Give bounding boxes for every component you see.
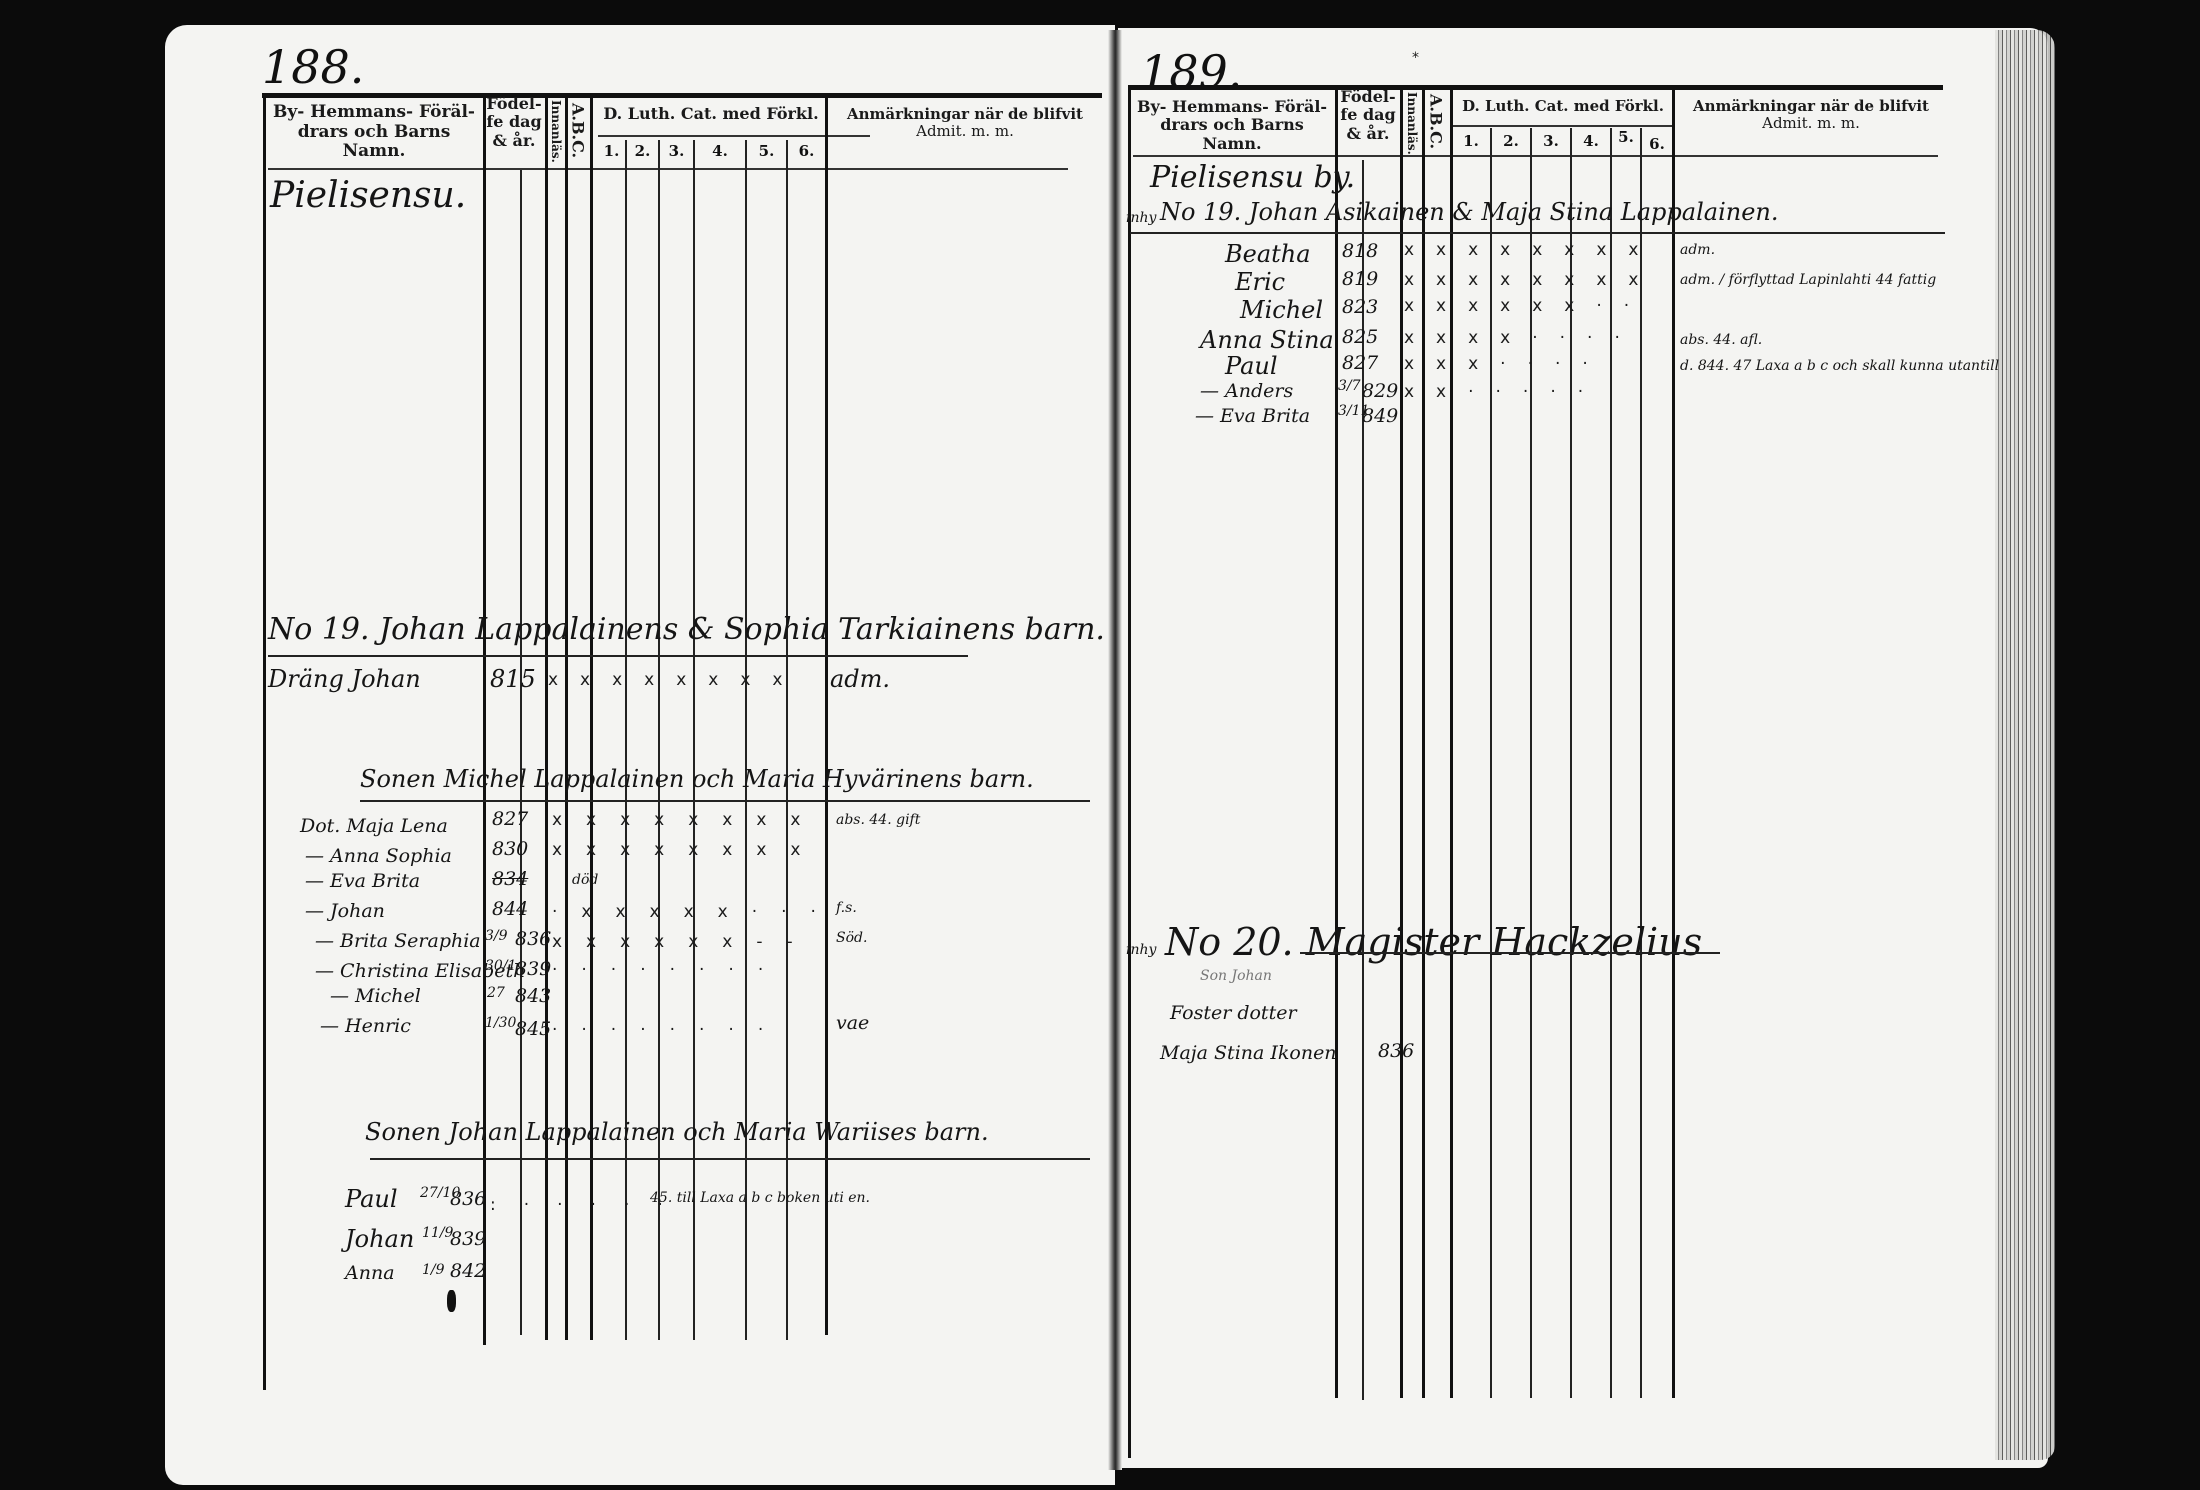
left-row-name: Dot. Maja Lena bbox=[300, 815, 448, 837]
left-row-birth: 834 bbox=[492, 868, 528, 890]
left-row-marks: ········ bbox=[552, 1020, 787, 1040]
left-section-heading-michel: Sonen Michel Lappalainen och Maria Hyvär… bbox=[360, 765, 1034, 793]
left-col-divider-cat4 bbox=[745, 140, 747, 1340]
right-row-name: Michel bbox=[1240, 296, 1323, 324]
left-header-bottom-rule bbox=[268, 168, 1068, 170]
left-section-underline bbox=[268, 655, 968, 657]
left-cat-3: 3. bbox=[660, 142, 693, 160]
left-row-birth: 836 bbox=[515, 928, 551, 950]
left-row-birthday: 27 bbox=[487, 985, 505, 1001]
left-row-birthday: 1/30 bbox=[485, 1015, 516, 1031]
left-row-name: — Brita Seraphia bbox=[315, 930, 481, 952]
left-row-birth: 842 bbox=[450, 1260, 486, 1282]
right-col-divider-birth bbox=[1400, 88, 1403, 1398]
right-row-name: Son Johan bbox=[1200, 968, 1272, 984]
right-col-divider-cat2 bbox=[1530, 128, 1532, 1398]
right-col-divider-cat4 bbox=[1610, 128, 1612, 1398]
right-cat-3: 3. bbox=[1532, 132, 1570, 150]
left-frame-line bbox=[263, 95, 266, 1390]
right-cat-2: 2. bbox=[1492, 132, 1530, 150]
header-name-line1: By- Hemmans- Föräl- bbox=[1132, 98, 1332, 116]
left-row-marks: xxxxxxxx bbox=[552, 810, 824, 830]
right-row-marks: xxxxxxxx bbox=[1404, 270, 1660, 290]
left-row-marks: xxxxxxxx bbox=[552, 840, 824, 860]
right-row-name: Anna Stina bbox=[1200, 326, 1334, 354]
left-row-name: — Johan bbox=[305, 900, 385, 922]
left-row-birth: 839 bbox=[515, 958, 551, 980]
left-row-birth: 830 bbox=[492, 838, 528, 860]
right-row-remark: d. 844. 47 Laxa a b c och skall kunna ut… bbox=[1680, 358, 1999, 374]
right-side-note: inhy bbox=[1126, 942, 1156, 958]
right-row-birth: 818 bbox=[1342, 240, 1378, 262]
header-remarks-line2: Admit. m. m. bbox=[830, 123, 1100, 140]
left-header-top-rule bbox=[262, 93, 1102, 98]
left-row-birth: 839 bbox=[450, 1228, 486, 1250]
left-cat-2: 2. bbox=[627, 142, 658, 160]
right-row-name: — Eva Brita bbox=[1195, 405, 1310, 427]
left-cat-4: 4. bbox=[695, 142, 745, 160]
left-row-name: Johan bbox=[345, 1225, 414, 1253]
left-row-name: Paul bbox=[345, 1185, 398, 1213]
header-birth-line1: Födel- bbox=[1337, 88, 1399, 106]
ink-blot bbox=[447, 1290, 456, 1312]
left-col-divider-cat2 bbox=[658, 140, 660, 1340]
right-header-abc-col: A.B.C. bbox=[1426, 92, 1444, 152]
right-col-divider-cat3 bbox=[1570, 128, 1572, 1398]
left-row-name: Dräng Johan bbox=[268, 665, 421, 693]
left-header-remarks-col: Anmärkningar när de blifvit Admit. m. m. bbox=[830, 106, 1100, 141]
right-header-catechism: D. Luth. Cat. med Förkl. bbox=[1452, 98, 1674, 115]
book-gutter bbox=[1108, 30, 1122, 1470]
left-page-number: 188. bbox=[262, 40, 364, 94]
right-row-marks: xx····· bbox=[1404, 382, 1605, 402]
header-name-line2: drars och Barns Namn. bbox=[1132, 116, 1332, 153]
header-birth-line3: & år. bbox=[484, 132, 544, 150]
right-row-name: Eric bbox=[1235, 268, 1285, 296]
left-col-divider-birth bbox=[545, 95, 548, 1340]
left-row-marks: xxxxxx-- bbox=[552, 932, 817, 952]
right-header-remarks-col: Anmärkningar när de blifvit Admit. m. m. bbox=[1676, 98, 1946, 133]
left-page bbox=[165, 25, 1115, 1485]
right-row-birth: 819 bbox=[1342, 268, 1378, 290]
left-village-heading: Pielisensu. bbox=[270, 175, 466, 216]
header-name-line1: By- Hemmans- Föräl- bbox=[268, 103, 480, 123]
left-header-reading-col: Innanläs. bbox=[548, 100, 562, 162]
header-birth-line3: & år. bbox=[1337, 125, 1399, 143]
right-row-birthday: 3/7 bbox=[1338, 378, 1361, 394]
right-row-name: Paul bbox=[1225, 352, 1278, 380]
header-birth-line2: fe dag bbox=[484, 113, 544, 131]
right-village-heading: Pielisensu by. bbox=[1150, 160, 1355, 195]
right-row-name: Foster dotter bbox=[1170, 1002, 1297, 1024]
right-page-number: 189. bbox=[1140, 45, 1242, 99]
left-row-birthday: 11/9 bbox=[422, 1225, 453, 1241]
left-row-birth: 843 bbox=[515, 985, 551, 1007]
header-remarks-line1: Anmärkningar när de blifvit bbox=[830, 106, 1100, 123]
right-row-remark: abs. 44. afl. bbox=[1680, 332, 1762, 348]
left-col-divider-cat6 bbox=[825, 95, 828, 1335]
left-col-divider-abc bbox=[590, 95, 593, 1340]
right-section-underline bbox=[1130, 232, 1945, 234]
left-row-birth: 827 bbox=[492, 808, 528, 830]
right-section-underline bbox=[1300, 952, 1720, 954]
right-frame-line bbox=[1128, 88, 1131, 1458]
left-row-name: — Eva Brita bbox=[305, 870, 420, 892]
right-cat-5: 5. bbox=[1612, 128, 1640, 146]
left-section-heading-johan: Sonen Johan Lappalainen och Maria Wariis… bbox=[365, 1118, 989, 1146]
left-section-underline bbox=[360, 800, 1090, 802]
left-row-marks: xxxxxxxx bbox=[548, 670, 804, 690]
right-side-note: inhy bbox=[1126, 210, 1156, 226]
left-row-remark: 45. till Laxa a b c boken uti en. bbox=[650, 1190, 870, 1206]
right-row-birth: 849 bbox=[1362, 405, 1398, 427]
right-row-birth: 823 bbox=[1342, 296, 1378, 318]
right-section-heading-no20: No 20. Magister Hackzelius bbox=[1165, 920, 1702, 964]
header-birth-line2: fe dag bbox=[1337, 106, 1399, 124]
right-row-birth: 829 bbox=[1362, 380, 1398, 402]
left-row-death-mark: död bbox=[572, 872, 598, 888]
right-cat-6: 6. bbox=[1642, 135, 1672, 153]
left-row-remark: Söd. bbox=[836, 930, 867, 946]
right-header-birth-col: Födel- fe dag & år. bbox=[1337, 88, 1399, 143]
left-row-remark: vae bbox=[836, 1012, 869, 1034]
left-row-remark: adm. bbox=[830, 665, 890, 693]
left-row-name: — Michel bbox=[330, 985, 421, 1007]
right-page-fore-edge bbox=[1995, 30, 2055, 1460]
right-col-divider-cat1 bbox=[1490, 128, 1492, 1398]
left-row-marks: ·xxxxx··· bbox=[552, 902, 840, 922]
right-row-birth: 836 bbox=[1378, 1040, 1414, 1062]
right-header-top-rule bbox=[1128, 85, 1943, 90]
left-header-name-col: By- Hemmans- Föräl- drars och Barns Namn… bbox=[268, 103, 480, 162]
left-col-divider-reading bbox=[565, 95, 568, 1340]
left-col-divider-cat3 bbox=[693, 140, 695, 1340]
left-header-abc-col: A.B.C. bbox=[568, 100, 586, 162]
right-header-reading-col: Innanläs. bbox=[1404, 92, 1418, 152]
right-catechism-subrule bbox=[1452, 125, 1674, 127]
left-cat-6: 6. bbox=[788, 142, 825, 160]
left-section-heading-no19: No 19. Johan Lappalainens & Sophia Tarki… bbox=[268, 612, 1105, 647]
left-cat-5: 5. bbox=[747, 142, 786, 160]
right-col-divider-cat5 bbox=[1640, 128, 1642, 1398]
right-row-marks: xxx···· bbox=[1404, 354, 1610, 374]
right-row-birth: 827 bbox=[1342, 352, 1378, 374]
right-header-bottom-rule bbox=[1133, 155, 1938, 157]
header-birth-line1: Födel- bbox=[484, 95, 544, 113]
right-row-remark: adm. bbox=[1680, 242, 1715, 258]
right-row-birth: 825 bbox=[1342, 326, 1378, 348]
left-header-catechism: D. Luth. Cat. med Förkl. bbox=[596, 105, 826, 123]
right-row-name: Beatha bbox=[1225, 240, 1311, 268]
right-cat-1: 1. bbox=[1452, 132, 1490, 150]
right-header-name-col: By- Hemmans- Föräl- drars och Barns Namn… bbox=[1132, 98, 1332, 153]
left-row-marks: ········ bbox=[552, 960, 787, 980]
right-col-divider-cat6 bbox=[1672, 88, 1675, 1398]
left-section-underline bbox=[370, 1158, 1090, 1160]
left-col-divider-cat5 bbox=[786, 140, 788, 1340]
right-row-marks: xxxxxxxx bbox=[1404, 240, 1660, 260]
left-header-birth-col: Födel- fe dag & år. bbox=[484, 95, 544, 150]
left-row-birth: 845 bbox=[515, 1018, 551, 1040]
header-remarks-line1: Anmärkningar när de blifvit bbox=[1676, 98, 1946, 115]
left-row-birthday: 3/9 bbox=[485, 928, 508, 944]
left-row-birth: 815 bbox=[490, 665, 536, 693]
left-row-birthday: 1/9 bbox=[422, 1262, 445, 1278]
header-name-line2: drars och Barns Namn. bbox=[268, 123, 480, 162]
left-col-divider-day bbox=[520, 170, 522, 1335]
left-row-name: — Anna Sophia bbox=[305, 845, 452, 867]
left-row-remark: abs. 44. gift bbox=[836, 812, 920, 828]
right-section-heading-no19: No 19. Johan Asikainen & Maja Stina Lapp… bbox=[1160, 198, 1779, 226]
right-cat-4: 4. bbox=[1572, 132, 1610, 150]
left-row-name: Anna bbox=[345, 1262, 395, 1284]
right-row-marks: xxxx···· bbox=[1404, 328, 1642, 348]
left-row-name: — Henric bbox=[320, 1015, 411, 1037]
left-row-birth: 836 bbox=[450, 1188, 486, 1210]
header-remarks-line2: Admit. m. m. bbox=[1676, 115, 1946, 132]
left-row-remark: f.s. bbox=[836, 900, 857, 916]
right-row-name: — Anders bbox=[1200, 380, 1293, 402]
right-row-remark: adm. / förflyttad Lapinlahti 44 fattig bbox=[1680, 272, 1936, 288]
left-col-divider-cat1 bbox=[625, 140, 627, 1340]
right-col-divider-name bbox=[1335, 88, 1338, 1398]
left-row-birthday: 30/1 bbox=[485, 958, 516, 974]
left-row-birth: 844 bbox=[492, 898, 528, 920]
right-row-marks: xxxxxx·· bbox=[1404, 296, 1651, 316]
right-row-name: Maja Stina Ikonen bbox=[1160, 1042, 1337, 1064]
asterisk-mark: * bbox=[1412, 50, 1419, 66]
left-cat-1: 1. bbox=[598, 142, 625, 160]
